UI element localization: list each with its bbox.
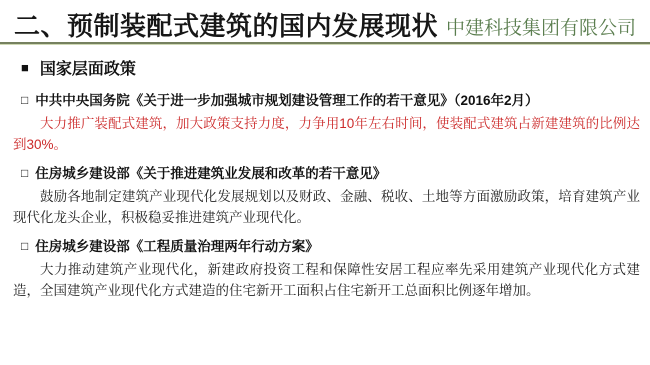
- company-name: 中建科技集团有限公司: [446, 17, 640, 42]
- presentation-slide: 二、预制装配式建筑的国内发展现状 中建科技集团有限公司 ■ 国家层面政策 □ 中…: [0, 0, 650, 365]
- slide-header: 二、预制装配式建筑的国内发展现状 中建科技集团有限公司: [0, 0, 650, 42]
- policy-title: 住房城乡建设部《关于推进建筑业发展和改革的若干意见》: [35, 162, 386, 182]
- hollow-square-bullet-icon: □: [21, 239, 28, 253]
- hollow-square-bullet-icon: □: [21, 166, 28, 180]
- section-heading: ■ 国家层面政策: [21, 56, 640, 79]
- hollow-square-bullet-icon: □: [21, 93, 28, 107]
- section-heading-label: 国家层面政策: [40, 56, 136, 79]
- policy-detail: 鼓励各地制定建筑产业现代化发展规划以及财政、金融、税收、土地等方面激励政策，培育…: [13, 186, 640, 228]
- policy-item-3: □ 住房城乡建设部《工程质量治理两年行动方案》 大力推动建筑产业现代化，新建政府…: [13, 235, 640, 301]
- policy-detail-emphasized: 大力推广装配式建筑，加大政策支持力度，力争用10年左右时间，使装配式建筑占新建建…: [13, 113, 640, 155]
- policy-heading: □ 中共中央国务院《关于进一步加强城市规划建设管理工作的若干意见》（2016年2…: [21, 89, 640, 109]
- policy-title: 住房城乡建设部《工程质量治理两年行动方案》: [35, 235, 319, 255]
- policy-item-1: □ 中共中央国务院《关于进一步加强城市规划建设管理工作的若干意见》（2016年2…: [13, 89, 640, 155]
- slide-body: ■ 国家层面政策 □ 中共中央国务院《关于进一步加强城市规划建设管理工作的若干意…: [0, 45, 650, 301]
- slide-title: 二、预制装配式建筑的国内发展现状: [14, 10, 438, 42]
- policy-heading: □ 住房城乡建设部《关于推进建筑业发展和改革的若干意见》: [21, 162, 640, 182]
- policy-title: 中共中央国务院《关于进一步加强城市规划建设管理工作的若干意见》（2016年2月）: [35, 89, 538, 109]
- policy-item-2: □ 住房城乡建设部《关于推进建筑业发展和改革的若干意见》 鼓励各地制定建筑产业现…: [13, 162, 640, 228]
- policy-heading: □ 住房城乡建设部《工程质量治理两年行动方案》: [21, 235, 640, 255]
- filled-square-bullet-icon: ■: [21, 61, 29, 74]
- policy-detail: 大力推动建筑产业现代化，新建政府投资工程和保障性安居工程应率先采用建筑产业现代化…: [13, 259, 640, 301]
